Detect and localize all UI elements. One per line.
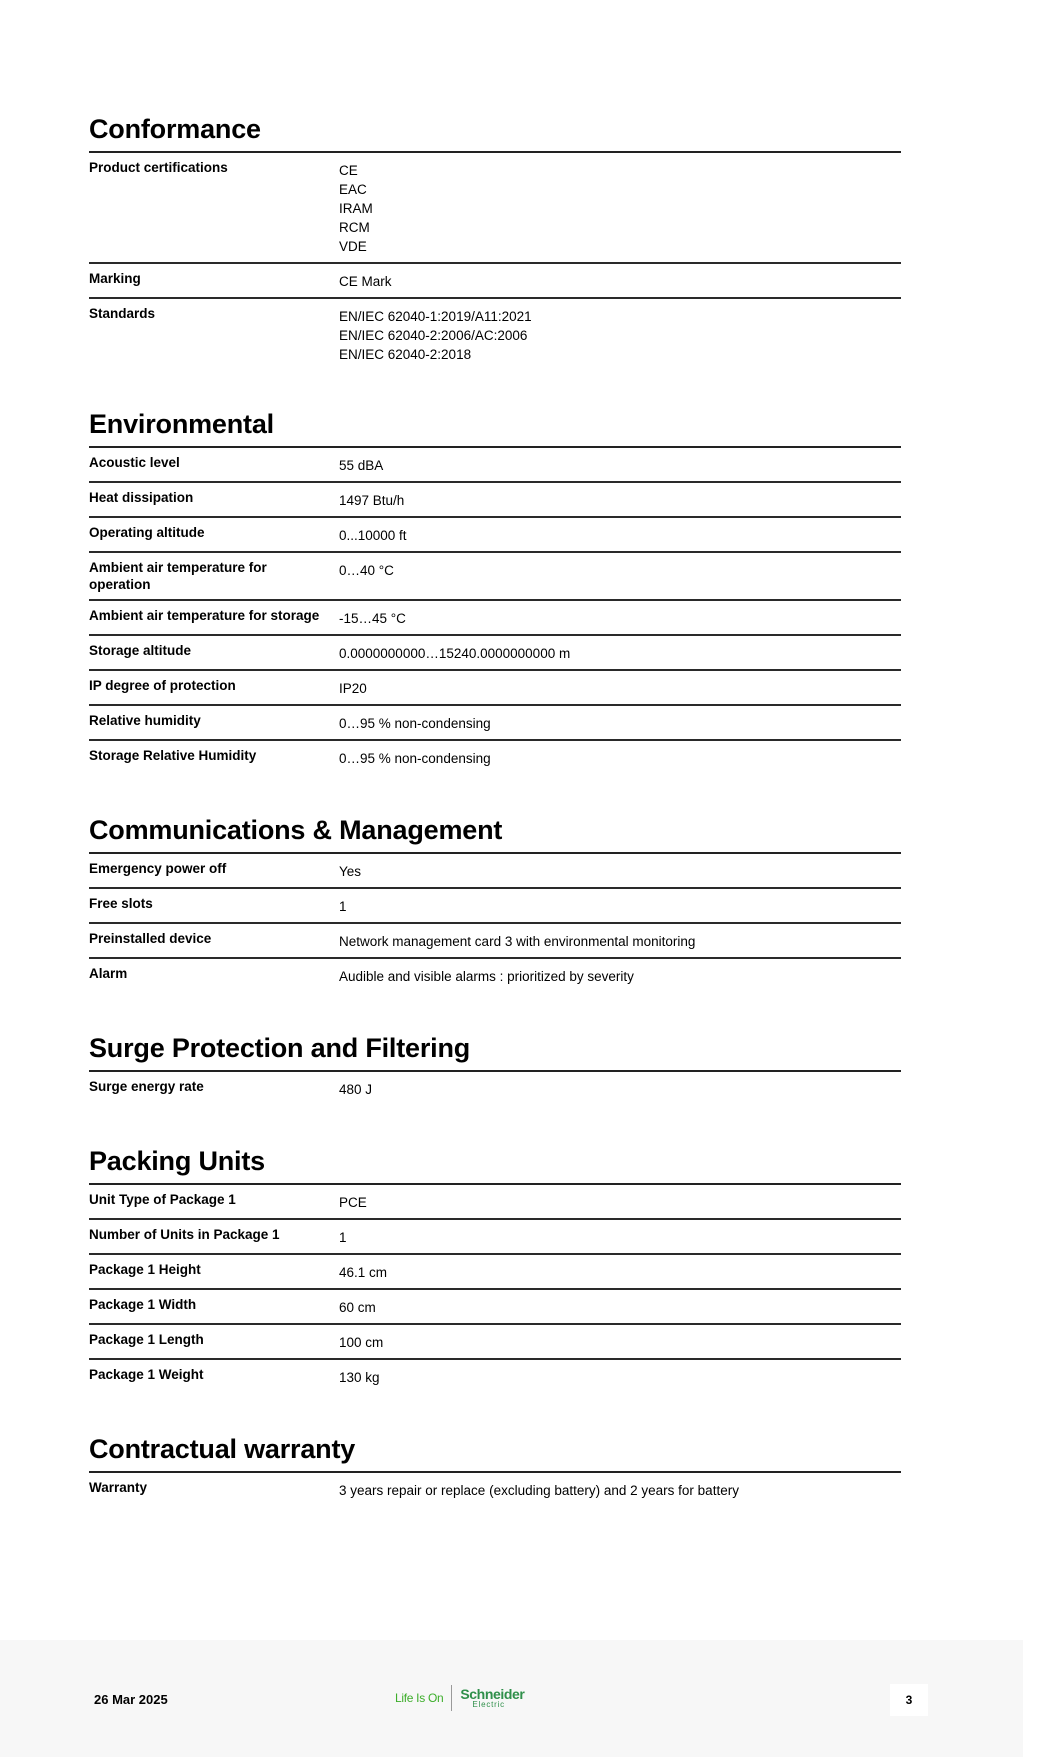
spec-value-line: 1497 Btu/h: [339, 491, 901, 510]
spec-value-line: 0.0000000000…15240.0000000000 m: [339, 644, 901, 663]
spec-value: CEEACIRAMRCMVDE: [339, 159, 901, 256]
section-title: Surge Protection and Filtering: [89, 1032, 901, 1072]
spec-row: Preinstalled deviceNetwork management ca…: [89, 924, 901, 959]
spec-value-line: EN/IEC 62040-2:2018: [339, 345, 901, 364]
spec-value-line: 130 kg: [339, 1368, 901, 1387]
spec-value-line: EN/IEC 62040-1:2019/A11:2021: [339, 307, 901, 326]
spec-value-line: 1: [339, 897, 901, 916]
spec-value-line: 0…40 °C: [339, 561, 901, 580]
spec-value: 0.0000000000…15240.0000000000 m: [339, 642, 901, 663]
spec-value: EN/IEC 62040-1:2019/A11:2021EN/IEC 62040…: [339, 305, 901, 364]
spec-row: IP degree of protectionIP20: [89, 671, 901, 706]
spec-value-line: Yes: [339, 862, 901, 881]
spec-label: Heat dissipation: [89, 489, 339, 510]
spec-value: 3 years repair or replace (excluding bat…: [339, 1479, 901, 1502]
spec-row: Package 1 Height46.1 cm: [89, 1255, 901, 1290]
spec-row: Relative humidity0…95 % non-condensing: [89, 706, 901, 741]
spec-label: Number of Units in Package 1: [89, 1226, 339, 1247]
spec-value: -15…45 °C: [339, 607, 901, 628]
spec-section: EnvironmentalAcoustic level55 dBAHeat di…: [89, 408, 901, 776]
spec-value-line: -15…45 °C: [339, 609, 901, 628]
spec-section: Contractual warrantyWarranty3 years repa…: [89, 1433, 901, 1508]
spec-label: Emergency power off: [89, 860, 339, 881]
spec-row: Number of Units in Package 11: [89, 1220, 901, 1255]
spec-value-line: 0…95 % non-condensing: [339, 749, 901, 768]
spec-value: Yes: [339, 860, 901, 881]
spec-label: IP degree of protection: [89, 677, 339, 698]
section-title: Communications & Management: [89, 814, 901, 854]
logo-divider: [451, 1685, 452, 1711]
schneider-electric-logo: Schneider Electric: [460, 1687, 524, 1709]
spec-value: 60 cm: [339, 1296, 901, 1317]
spec-value-line: IRAM: [339, 199, 901, 218]
spec-label: Standards: [89, 305, 339, 364]
spec-label: Surge energy rate: [89, 1078, 339, 1101]
spec-value: 1: [339, 895, 901, 916]
spec-label: Storage Relative Humidity: [89, 747, 339, 770]
spec-label: Relative humidity: [89, 712, 339, 733]
spec-value-line: CE Mark: [339, 272, 901, 291]
spec-value: 0…40 °C: [339, 559, 901, 593]
spec-row: Heat dissipation1497 Btu/h: [89, 483, 901, 518]
spec-value: 1497 Btu/h: [339, 489, 901, 510]
spec-row: Emergency power offYes: [89, 854, 901, 889]
spec-value-line: 3 years repair or replace (excluding bat…: [339, 1481, 901, 1500]
section-title: Environmental: [89, 408, 901, 448]
section-title: Packing Units: [89, 1145, 901, 1185]
spec-row: Package 1 Length100 cm: [89, 1325, 901, 1360]
spec-value-line: PCE: [339, 1193, 901, 1212]
spec-label: Free slots: [89, 895, 339, 916]
spec-row: Storage altitude0.0000000000…15240.00000…: [89, 636, 901, 671]
spec-row: Operating altitude0...10000 ft: [89, 518, 901, 553]
spec-label: Ambient air temperature for storage: [89, 607, 339, 628]
life-is-on-tagline: Life Is On: [395, 1691, 451, 1705]
spec-row: Free slots1: [89, 889, 901, 924]
spec-label: Package 1 Width: [89, 1296, 339, 1317]
spec-value-line: 100 cm: [339, 1333, 901, 1352]
spec-row: Ambient air temperature for operation0…4…: [89, 553, 901, 601]
spec-value: 0...10000 ft: [339, 524, 901, 545]
spec-value-line: 0...10000 ft: [339, 526, 901, 545]
spec-row: MarkingCE Mark: [89, 264, 901, 299]
spec-value-line: 480 J: [339, 1080, 901, 1099]
spec-label: Package 1 Weight: [89, 1366, 339, 1389]
spec-value: Audible and visible alarms : prioritized…: [339, 965, 901, 988]
spec-section: Packing UnitsUnit Type of Package 1PCENu…: [89, 1145, 901, 1395]
spec-value-line: CE: [339, 161, 901, 180]
spec-row: Warranty3 years repair or replace (exclu…: [89, 1473, 901, 1508]
spec-value: 0…95 % non-condensing: [339, 747, 901, 770]
spec-value: CE Mark: [339, 270, 901, 291]
spec-value-line: 55 dBA: [339, 456, 901, 475]
spec-label: Marking: [89, 270, 339, 291]
spec-label: Package 1 Height: [89, 1261, 339, 1282]
spec-label: Storage altitude: [89, 642, 339, 663]
spec-value-line: 1: [339, 1228, 901, 1247]
spec-label: Alarm: [89, 965, 339, 988]
spec-value-line: Network management card 3 with environme…: [339, 932, 901, 951]
section-title: Conformance: [89, 113, 901, 153]
spec-content: ConformanceProduct certificationsCEEACIR…: [89, 113, 901, 1546]
spec-value-line: EAC: [339, 180, 901, 199]
spec-section: Surge Protection and FilteringSurge ener…: [89, 1032, 901, 1107]
spec-row: Product certificationsCEEACIRAMRCMVDE: [89, 153, 901, 264]
spec-label: Package 1 Length: [89, 1331, 339, 1352]
page-number: 3: [890, 1684, 928, 1716]
spec-value-line: EN/IEC 62040-2:2006/AC:2006: [339, 326, 901, 345]
page-footer: 26 Mar 2025 Life Is On Schneider Electri…: [0, 1640, 1023, 1757]
spec-value: Network management card 3 with environme…: [339, 930, 901, 951]
spec-row: Package 1 Weight130 kg: [89, 1360, 901, 1395]
spec-value: 55 dBA: [339, 454, 901, 475]
spec-section: ConformanceProduct certificationsCEEACIR…: [89, 113, 901, 370]
spec-label: Preinstalled device: [89, 930, 339, 951]
spec-section: Communications & ManagementEmergency pow…: [89, 814, 901, 994]
spec-row: Ambient air temperature for storage-15…4…: [89, 601, 901, 636]
spec-value-line: RCM: [339, 218, 901, 237]
spec-value: 0…95 % non-condensing: [339, 712, 901, 733]
spec-value: 100 cm: [339, 1331, 901, 1352]
spec-label: Operating altitude: [89, 524, 339, 545]
spec-value-line: 0…95 % non-condensing: [339, 714, 901, 733]
spec-value: PCE: [339, 1191, 901, 1212]
spec-row: Unit Type of Package 1PCE: [89, 1185, 901, 1220]
spec-row: Package 1 Width60 cm: [89, 1290, 901, 1325]
spec-row: Surge energy rate480 J: [89, 1072, 901, 1107]
spec-value-line: 60 cm: [339, 1298, 901, 1317]
spec-value: 1: [339, 1226, 901, 1247]
brand-sub: Electric: [460, 1701, 524, 1709]
spec-value-line: 46.1 cm: [339, 1263, 901, 1282]
spec-label: Ambient air temperature for operation: [89, 559, 339, 593]
brand-name: Schneider: [460, 1687, 524, 1701]
spec-value-line: Audible and visible alarms : prioritized…: [339, 967, 901, 986]
spec-value: 480 J: [339, 1078, 901, 1101]
spec-label: Acoustic level: [89, 454, 339, 475]
footer-date: 26 Mar 2025: [94, 1692, 168, 1707]
spec-value: 130 kg: [339, 1366, 901, 1389]
spec-label: Warranty: [89, 1479, 339, 1502]
spec-row: StandardsEN/IEC 62040-1:2019/A11:2021EN/…: [89, 299, 901, 370]
section-title: Contractual warranty: [89, 1433, 901, 1473]
spec-row: Storage Relative Humidity0…95 % non-cond…: [89, 741, 901, 776]
brand-logo: Life Is On Schneider Electric: [395, 1684, 524, 1712]
spec-label: Product certifications: [89, 159, 339, 256]
spec-value: 46.1 cm: [339, 1261, 901, 1282]
spec-label: Unit Type of Package 1: [89, 1191, 339, 1212]
spec-row: AlarmAudible and visible alarms : priori…: [89, 959, 901, 994]
spec-value-line: IP20: [339, 679, 901, 698]
spec-value: IP20: [339, 677, 901, 698]
spec-row: Acoustic level55 dBA: [89, 448, 901, 483]
spec-value-line: VDE: [339, 237, 901, 256]
